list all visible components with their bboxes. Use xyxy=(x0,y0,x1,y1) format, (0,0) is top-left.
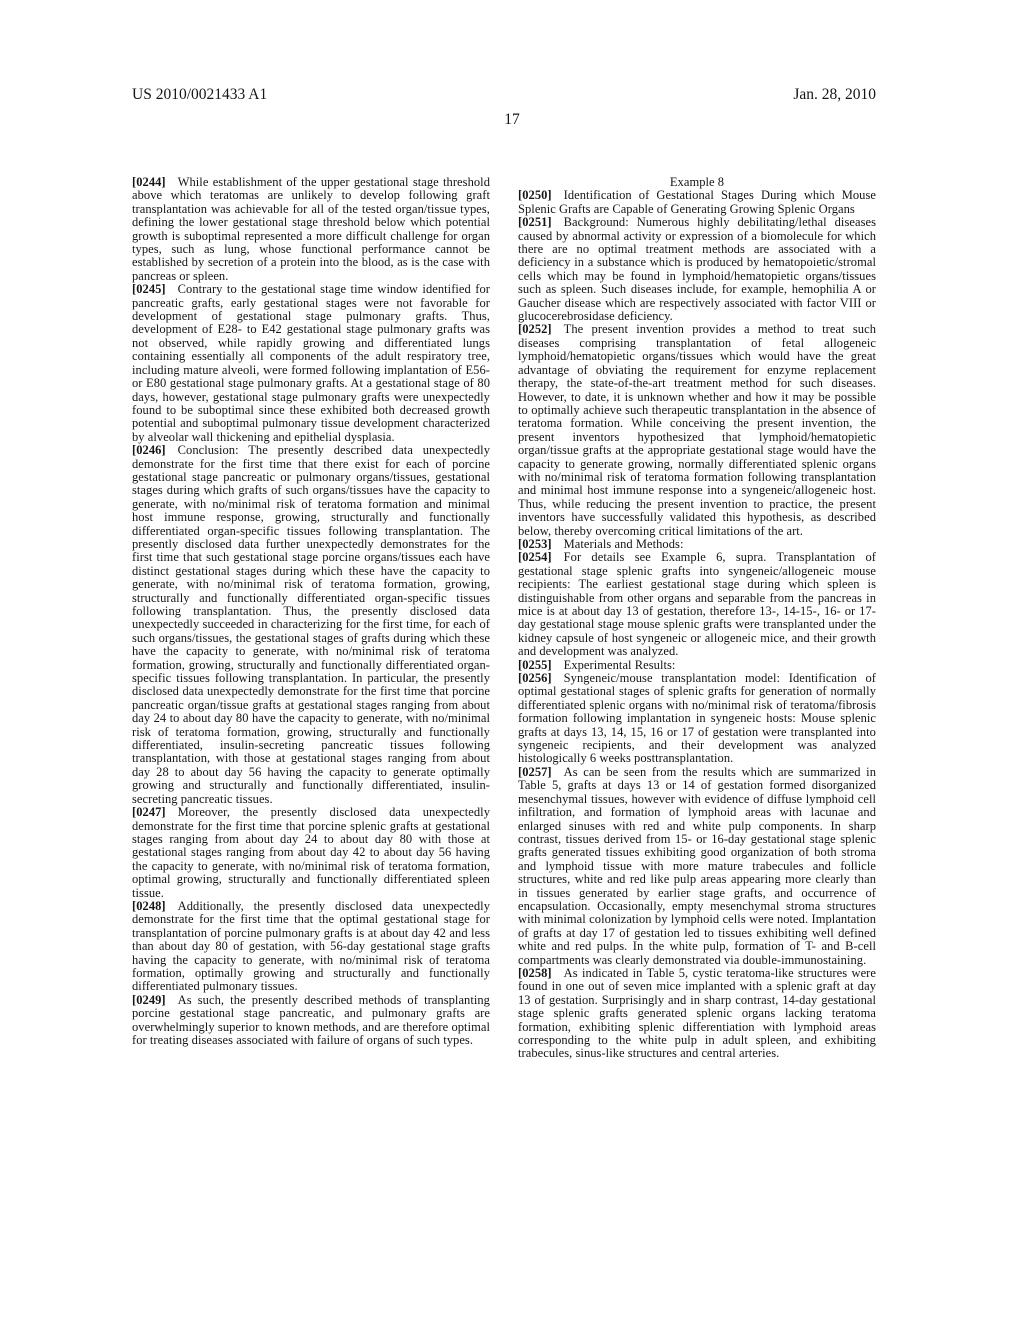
left-column: [0244]While establishment of the upper g… xyxy=(132,176,490,1061)
paragraph-number: [0247] xyxy=(132,805,166,819)
paragraph-number: [0255] xyxy=(518,658,552,672)
paragraph-number: [0248] xyxy=(132,899,166,913)
paragraph-number: [0244] xyxy=(132,175,166,189)
paragraph-number: [0256] xyxy=(518,671,552,685)
paragraph-number: [0249] xyxy=(132,993,166,1007)
paragraph-0244: [0244]While establishment of the upper g… xyxy=(132,176,490,283)
page-header: US 2010/0021433 A1 Jan. 28, 2010 xyxy=(132,86,876,104)
paragraph-0254: [0254]For details see Example 6, supra. … xyxy=(518,551,876,658)
paragraph-0245: [0245]Contrary to the gestational stage … xyxy=(132,283,490,444)
paragraph-0253: [0253]Materials and Methods: xyxy=(518,538,876,551)
paragraph-0256: [0256]Syngeneic/mouse transplantation mo… xyxy=(518,672,876,766)
right-column-paragraphs: [0250]Identification of Gestational Stag… xyxy=(518,189,876,1060)
page-number: 17 xyxy=(0,111,1024,129)
paragraph-number: [0258] xyxy=(518,966,552,980)
paragraph-0251: [0251]Background: Numerous highly debili… xyxy=(518,216,876,323)
patent-document-page: US 2010/0021433 A1 Jan. 28, 2010 17 [024… xyxy=(0,0,1024,1320)
paragraph-0258: [0258]As indicated in Table 5, cystic te… xyxy=(518,967,876,1061)
paragraph-number: [0250] xyxy=(518,188,552,202)
paragraph-number: [0253] xyxy=(518,537,552,551)
paragraph-0248: [0248]Additionally, the presently disclo… xyxy=(132,900,490,994)
paragraph-0247: [0247]Moreover, the presently disclosed … xyxy=(132,806,490,900)
paragraph-number: [0257] xyxy=(518,765,552,779)
right-column: Example 8 [0250]Identification of Gestat… xyxy=(518,176,876,1061)
text-columns: [0244]While establishment of the upper g… xyxy=(132,176,876,1061)
paragraph-number: [0245] xyxy=(132,282,166,296)
paragraph-0255: [0255]Experimental Results: xyxy=(518,659,876,672)
paragraph-number: [0246] xyxy=(132,443,166,457)
paragraph-number: [0252] xyxy=(518,322,552,336)
paragraph-number: [0254] xyxy=(518,550,552,564)
paragraph-0246: [0246]Conclusion: The presently describe… xyxy=(132,444,490,806)
paragraph-0249: [0249]As such, the presently described m… xyxy=(132,994,490,1048)
paragraph-0250: [0250]Identification of Gestational Stag… xyxy=(518,189,876,216)
example-heading: Example 8 xyxy=(518,176,876,189)
publication-date: Jan. 28, 2010 xyxy=(793,86,876,104)
paragraph-number: [0251] xyxy=(518,215,552,229)
publication-number: US 2010/0021433 A1 xyxy=(132,86,267,104)
paragraph-0252: [0252]The present invention provides a m… xyxy=(518,323,876,538)
paragraph-0257: [0257]As can be seen from the results wh… xyxy=(518,766,876,967)
